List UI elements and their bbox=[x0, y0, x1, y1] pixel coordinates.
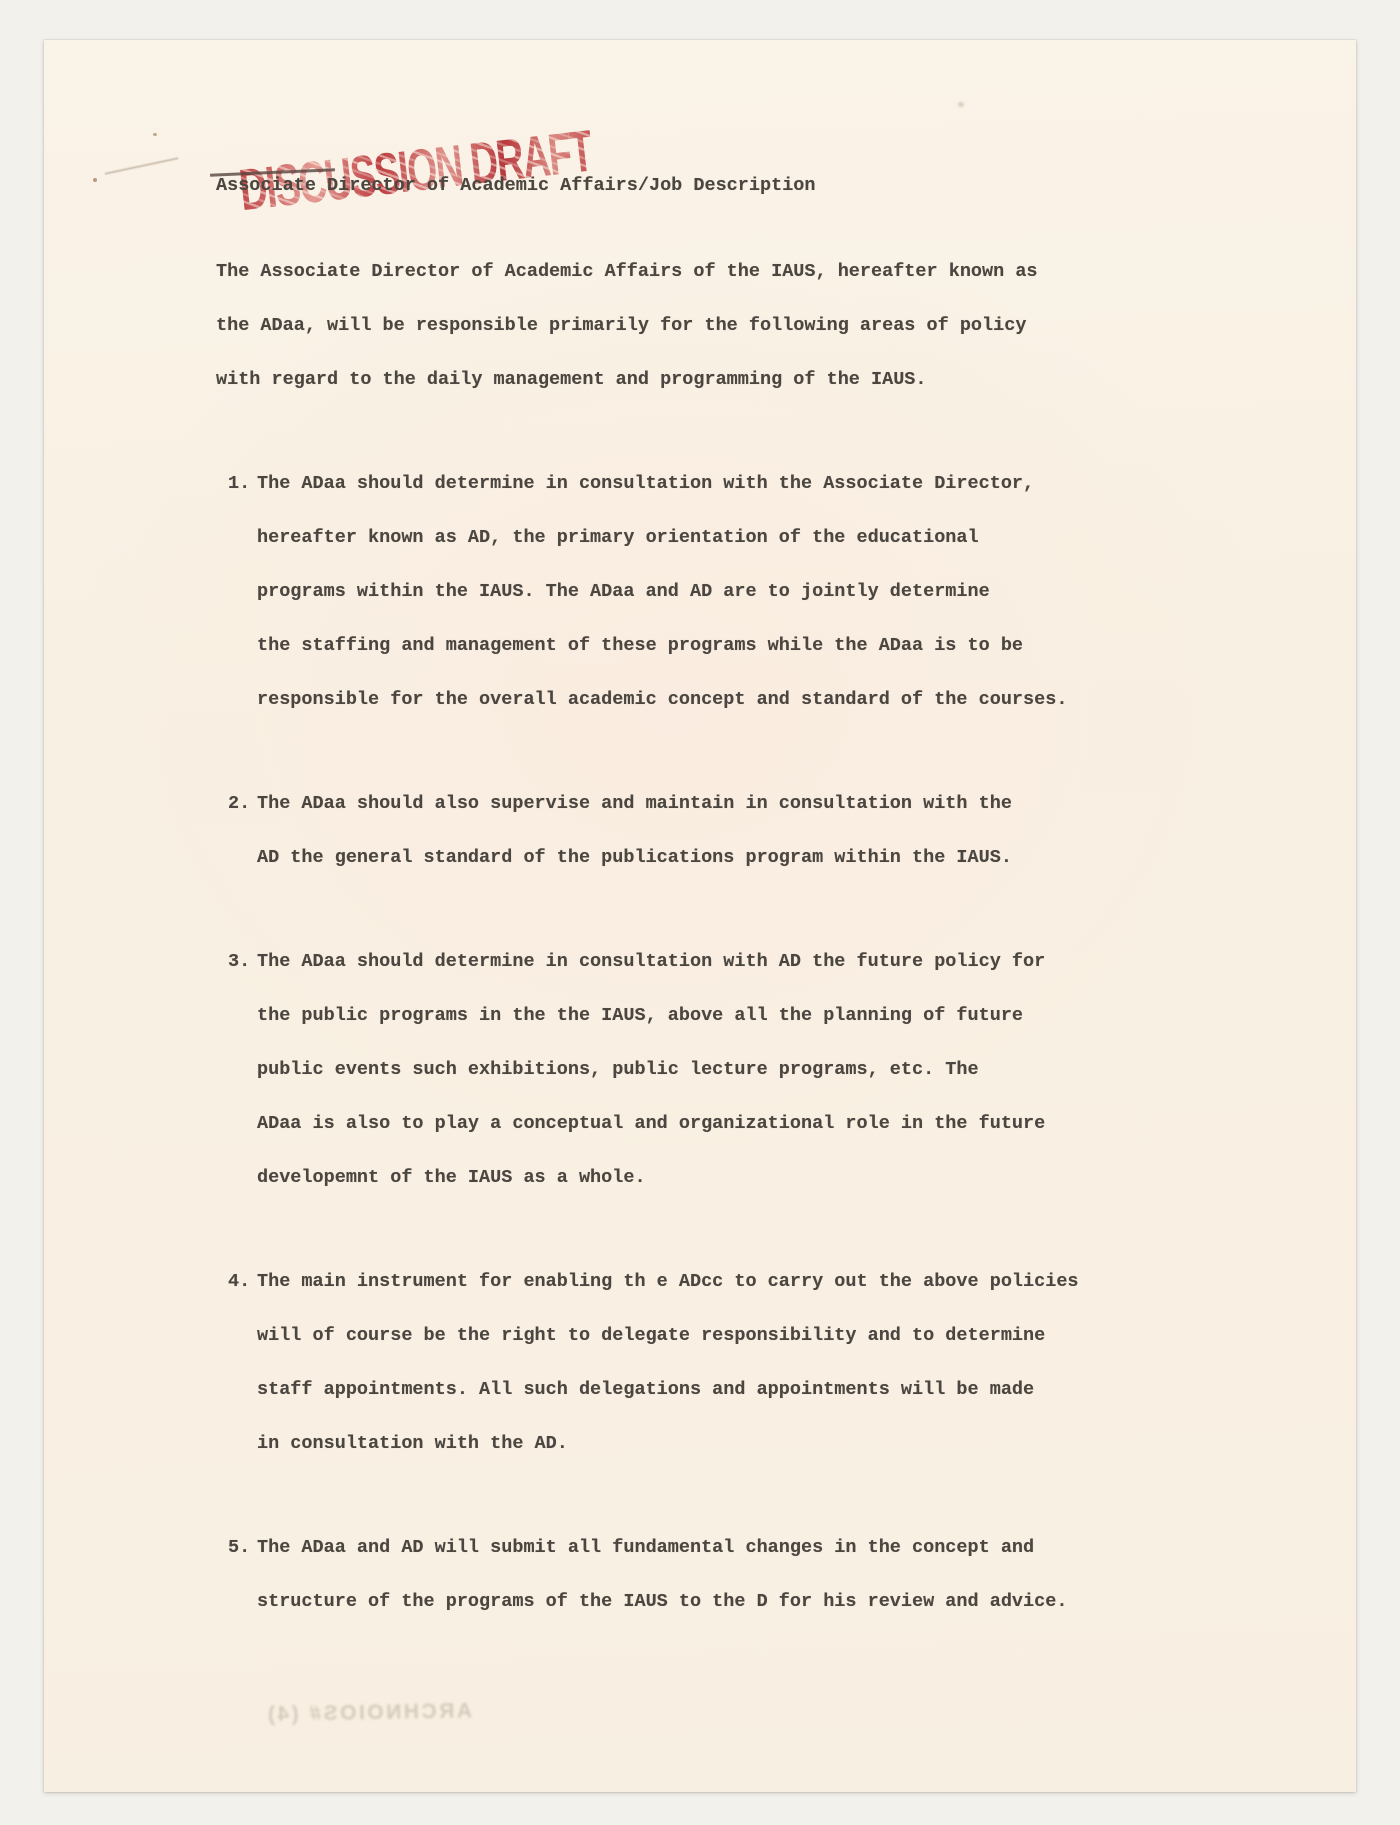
numbered-item: 2. The ADaa should also supervise and ma… bbox=[216, 777, 1236, 885]
bleed-through-text: ARCHNOIOS# (4) bbox=[172, 1699, 472, 1728]
scan-background: { "doc": { "stamp": "DISCUSSION DRAFT", … bbox=[0, 0, 1400, 1825]
document-page: DISCUSSION DRAFT Associate Director of A… bbox=[44, 40, 1356, 1792]
numbered-item: 4. The main instrument for enabling th e… bbox=[216, 1255, 1236, 1471]
item-text: The main instrument for enabling th e AD… bbox=[257, 1255, 1236, 1471]
typed-content: Associate Director of Academic Affairs/J… bbox=[44, 40, 1356, 1629]
item-text: The ADaa and AD will submit all fundamen… bbox=[257, 1521, 1236, 1629]
item-text: The ADaa should also supervise and maint… bbox=[257, 777, 1236, 885]
document-title: Associate Director of Academic Affairs/J… bbox=[216, 159, 1236, 213]
numbered-item: 5. The ADaa and AD will submit all funda… bbox=[216, 1521, 1236, 1629]
item-number: 3. bbox=[228, 935, 250, 989]
items-list: 1. The ADaa should determine in consulta… bbox=[216, 457, 1236, 1629]
numbered-item: 1. The ADaa should determine in consulta… bbox=[216, 457, 1236, 727]
item-number: 2. bbox=[228, 777, 250, 831]
numbered-item: 3. The ADaa should determine in consulta… bbox=[216, 935, 1236, 1205]
item-number: 1. bbox=[228, 457, 250, 511]
item-text: The ADaa should determine in consultatio… bbox=[257, 457, 1236, 727]
item-number: 4. bbox=[228, 1255, 250, 1309]
item-number: 5. bbox=[228, 1521, 250, 1575]
intro-paragraph: The Associate Director of Academic Affai… bbox=[216, 245, 1236, 407]
item-text: The ADaa should determine in consultatio… bbox=[257, 935, 1236, 1205]
